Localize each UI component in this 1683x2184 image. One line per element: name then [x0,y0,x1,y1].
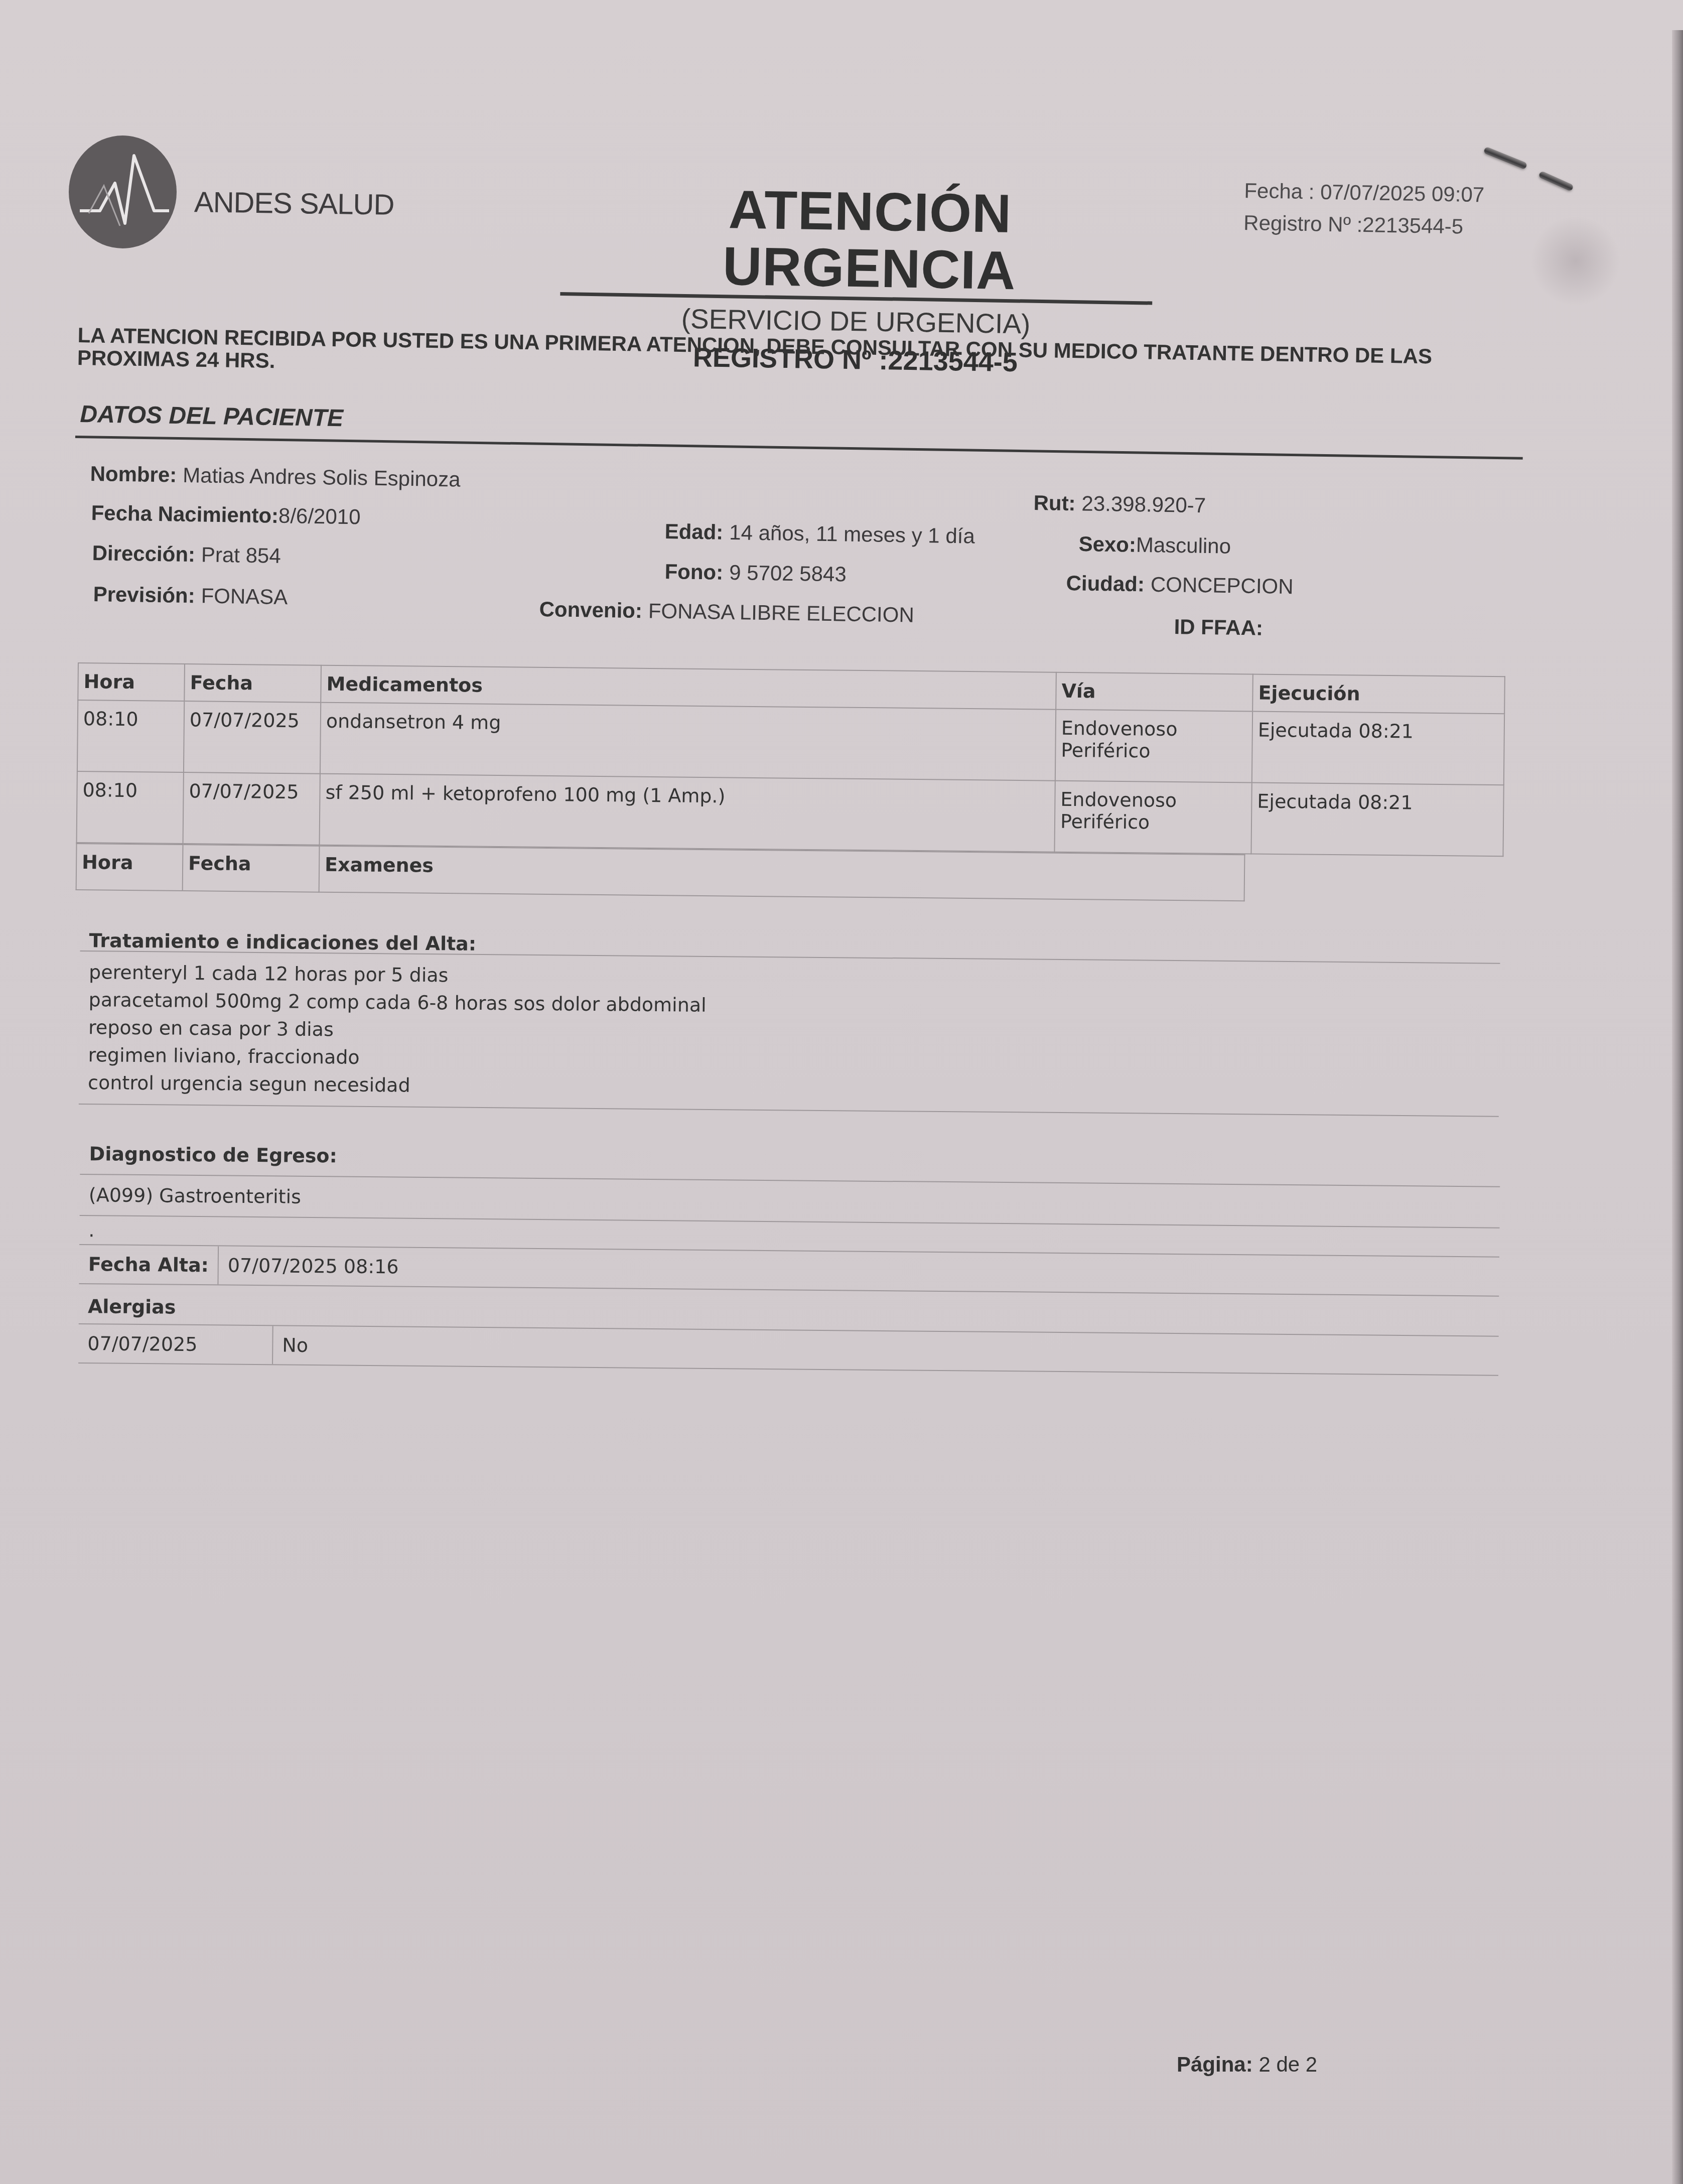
allergy-date: 07/07/2025 [78,1324,273,1364]
field-value: 23.398.920-7 [1081,492,1206,517]
cell-ejecucion: Ejecutada 08:21 [1251,782,1503,856]
field-value: 9 5702 5843 [729,561,847,586]
field-label: Ciudad: [1066,571,1145,596]
field-label: Edad: [664,519,723,544]
field-value: Matias Andres Solis Espinoza [183,463,461,491]
notice-text: LA ATENCION RECIBIDA POR USTED ES UNA PR… [77,324,1483,391]
diagnosis-section: Diagnostico de Egreso: (A099) Gastroente… [78,1137,1500,1376]
field-edad: Edad:14 años, 11 meses y 1 día [664,519,975,549]
medication-section: Hora Fecha Medicamentos Vía Ejecución 08… [76,662,1505,904]
staple-icon [1483,147,1528,170]
field-label: ID FFAA: [1174,615,1263,640]
heartbeat-mountain-icon [69,135,177,248]
col-hora: Hora [78,663,185,701]
medication-table: Hora Fecha Medicamentos Vía Ejecución 08… [76,662,1505,857]
field-convenio: Convenio:FONASA LIBRE ELECCION [539,597,914,627]
corner-registro-value: 2213544-5 [1362,213,1464,238]
field-value: 14 años, 11 meses y 1 día [729,520,975,548]
field-id-ffaa: ID FFAA: [1174,615,1269,640]
cell-ejecucion: Ejecutada 08:21 [1252,711,1504,785]
field-label: Convenio: [539,597,642,622]
field-direccion: Dirección:Prat 854 [92,541,281,568]
field-prevision: Previsión:FONASA [93,582,288,609]
field-label: Previsión: [93,582,195,607]
table-row: 08:10 07/07/2025 sf 250 ml + ketoprofeno… [77,771,1504,856]
field-label: Rut: [1033,491,1076,515]
page-label: Página: [1177,2053,1253,2076]
col-fecha: Fecha [183,845,320,892]
patient-section-title: DATOS DEL PACIENTE [80,400,343,432]
cell-fecha: 07/07/2025 [183,772,320,845]
page-title: ATENCIÓN URGENCIA [560,178,1154,305]
field-value: Prat 854 [201,542,281,567]
corner-fecha-value: 07/07/2025 09:07 [1320,180,1485,207]
field-label: Fecha Nacimiento: [91,501,278,527]
cell-medicamento: ondansetron 4 mg [320,703,1056,781]
treatment-list: perenteryl 1 cada 12 horas por 5 dias pa… [79,951,1500,1117]
cell-medicamento: sf 250 ml + ketoprofeno 100 mg (1 Amp.) [320,774,1055,852]
section-divider [75,436,1523,460]
cell-hora: 08:10 [77,700,184,772]
col-hora: Hora [76,844,183,891]
field-fecha-nacimiento: Fecha Nacimiento:8/6/2010 [91,501,361,529]
page-value: 2 de 2 [1258,2053,1317,2076]
paper-shadow [1530,216,1621,306]
table-header-row: Hora Fecha Examenes [76,844,1245,901]
field-sexo: Sexo:Masculino [1078,532,1231,559]
field-value: 8/6/2010 [278,504,361,529]
corner-registro-label: Registro Nº : [1243,211,1363,236]
field-ciudad: Ciudad:CONCEPCION [1066,571,1294,599]
field-nombre: Nombre:Matias Andres Solis Espinoza [90,462,461,492]
field-value [1269,616,1270,640]
field-value: CONCEPCION [1151,573,1294,598]
brand-name: ANDES SALUD [194,185,394,222]
field-rut: Rut:23.398.920-7 [1033,491,1206,517]
field-value: FONASA [201,584,288,609]
field-value: FONASA LIBRE ELECCION [648,599,915,626]
staple-icon [1538,171,1574,192]
cell-fecha: 07/07/2025 [184,701,321,774]
corner-registro: Registro Nº :2213544-5 [1243,207,1484,243]
col-examenes: Examenes [319,846,1245,901]
field-fono: Fono:9 5702 5843 [664,560,847,587]
page-indicator: Página: 2 de 2 [1177,2053,1317,2077]
field-value: Masculino [1136,533,1231,558]
fecha-alta-value: 07/07/2025 08:16 [219,1246,408,1286]
paper-edge [1672,30,1683,2184]
cell-via: Endovenoso Periférico [1055,710,1252,783]
fecha-alta-label: Fecha Alta: [79,1245,219,1284]
document-sheet: ANDES SALUD ATENCIÓN URGENCIA (SERVICIO … [0,0,1683,2184]
allergy-value: No [273,1326,317,1364]
table-row: 08:10 07/07/2025 ondansetron 4 mg Endove… [77,700,1504,785]
col-fecha: Fecha [184,664,321,703]
col-medicamentos: Medicamentos [321,665,1056,710]
cell-hora: 08:10 [77,771,184,844]
corner-fecha: Fecha : 07/07/2025 09:07 [1244,175,1485,211]
cell-via: Endovenoso Periférico [1054,781,1251,854]
col-ejecucion: Ejecución [1252,674,1505,714]
treatment-section: Tratamiento e indicaciones del Alta: per… [79,923,1500,1117]
field-label: Nombre: [90,462,177,487]
field-label: Sexo: [1078,532,1136,557]
field-label: Dirección: [92,541,195,566]
corner-info: Fecha : 07/07/2025 09:07 Registro Nº :22… [1243,175,1485,243]
corner-fecha-label: Fecha : [1244,179,1315,203]
col-via: Vía [1056,672,1253,712]
field-label: Fono: [664,560,723,584]
